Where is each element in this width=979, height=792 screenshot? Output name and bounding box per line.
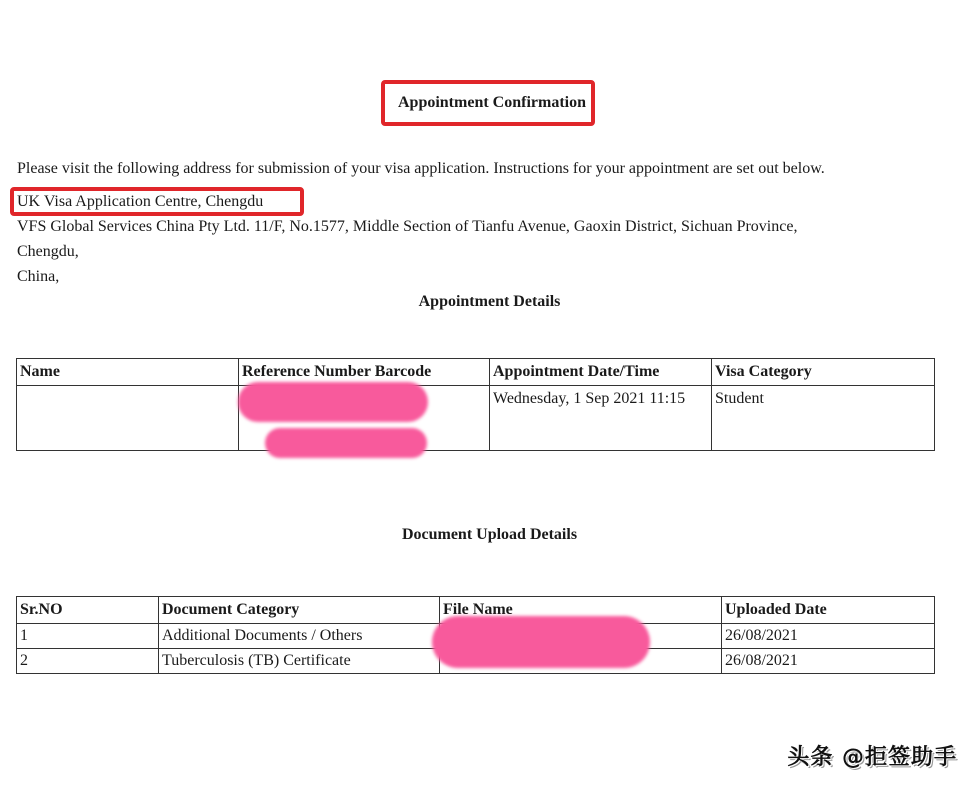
address-line-1: VFS Global Services China Pty Ltd. 11/F,… [17,218,797,236]
col-name: Name [17,359,239,386]
table-row: Wednesday, 1 Sep 2021 11:15 Student [17,386,935,451]
watermark: 头条 @拒签助手 [787,740,957,771]
centre-name: UK Visa Application Centre, Chengdu [17,193,263,211]
redaction-file-names [432,616,650,668]
address-line-3: China, [17,268,59,286]
cell-visa-category: Student [712,386,935,451]
cell-category: Tuberculosis (TB) Certificate [159,649,440,674]
table-header-row: Name Reference Number Barcode Appointmen… [17,359,935,386]
cell-date: 26/08/2021 [722,649,935,674]
redaction-reference-1 [238,382,428,422]
col-uploaded-date: Uploaded Date [722,597,935,624]
cell-date: 26/08/2021 [722,624,935,649]
col-document-category: Document Category [159,597,440,624]
cell-datetime: Wednesday, 1 Sep 2021 11:15 [490,386,712,451]
redaction-reference-2 [265,428,427,458]
col-visa-category: Visa Category [712,359,935,386]
col-sr-no: Sr.NO [17,597,159,624]
address-line-2: Chengdu, [17,243,79,261]
appointment-table: Name Reference Number Barcode Appointmen… [16,358,935,451]
appointment-details-heading: Appointment Details [0,293,979,311]
cell-sr: 2 [17,649,159,674]
page-title: Appointment Confirmation [381,80,603,126]
cell-name [17,386,239,451]
intro-text: Please visit the following address for s… [17,160,825,178]
col-datetime: Appointment Date/Time [490,359,712,386]
cell-sr: 1 [17,624,159,649]
cell-category: Additional Documents / Others [159,624,440,649]
document-upload-heading: Document Upload Details [0,526,979,544]
